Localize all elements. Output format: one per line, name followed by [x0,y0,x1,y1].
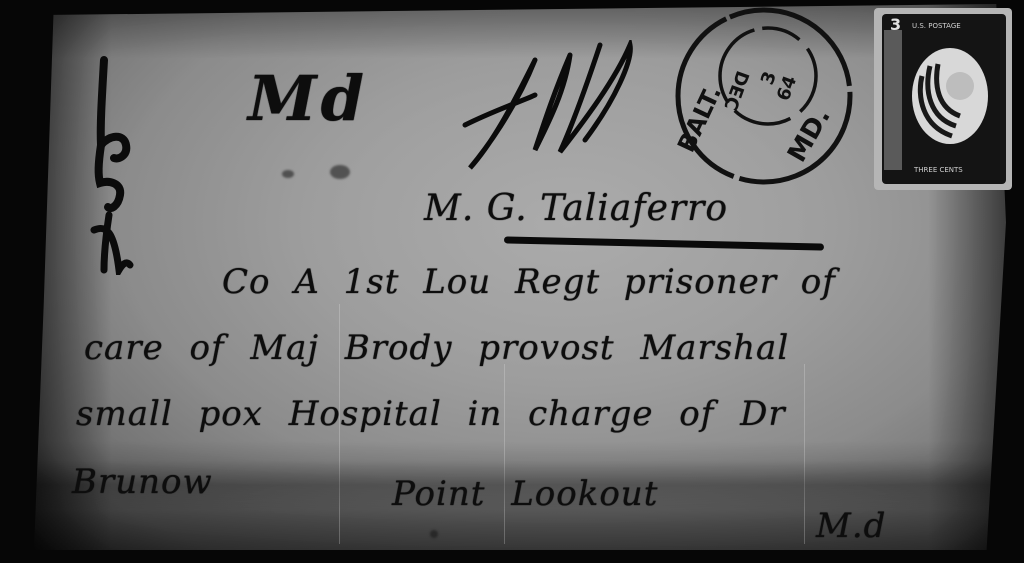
ink-smudge [282,170,294,178]
stamp-denomination: 3 [890,15,901,34]
side-annotation-mark [84,55,144,275]
top-annotation-right-scrawl [455,40,645,180]
stamp-label-top: U.S. POSTAGE [912,22,961,30]
address-line-care-of: care of Maj Brody provost Marshal [84,328,789,368]
ink-smudge [430,530,438,538]
baltimore-postmark: BALT. MD. DEC 3 64 [652,4,876,186]
stamp-label-bottom: THREE CENTS [913,166,963,174]
address-line-place: Point Lookout [392,474,658,514]
addressee-name: M. G. Taliaferro [424,188,728,229]
three-cent-stamp: 3 U.S. POSTAGE THREE CENTS [872,6,1014,192]
address-line-state: M.d [816,506,886,546]
address-line-doctor: Brunow [72,462,213,502]
postmark-state: MD. [782,103,837,168]
scanned-envelope-photo: Md BALT. MD. DEC 3 64 3 U.S. POSTAGE THR… [0,0,1024,563]
address-line-unit: Co A 1st Lou Regt prisoner of [222,262,836,302]
paper-crease [804,364,805,544]
ink-smudge [330,165,350,179]
top-annotation-left: Md [248,62,368,135]
address-line-hospital: small pox Hospital in charge of Dr [76,394,786,434]
postmark-month: DEC [721,69,755,114]
paper-crease [504,364,505,544]
